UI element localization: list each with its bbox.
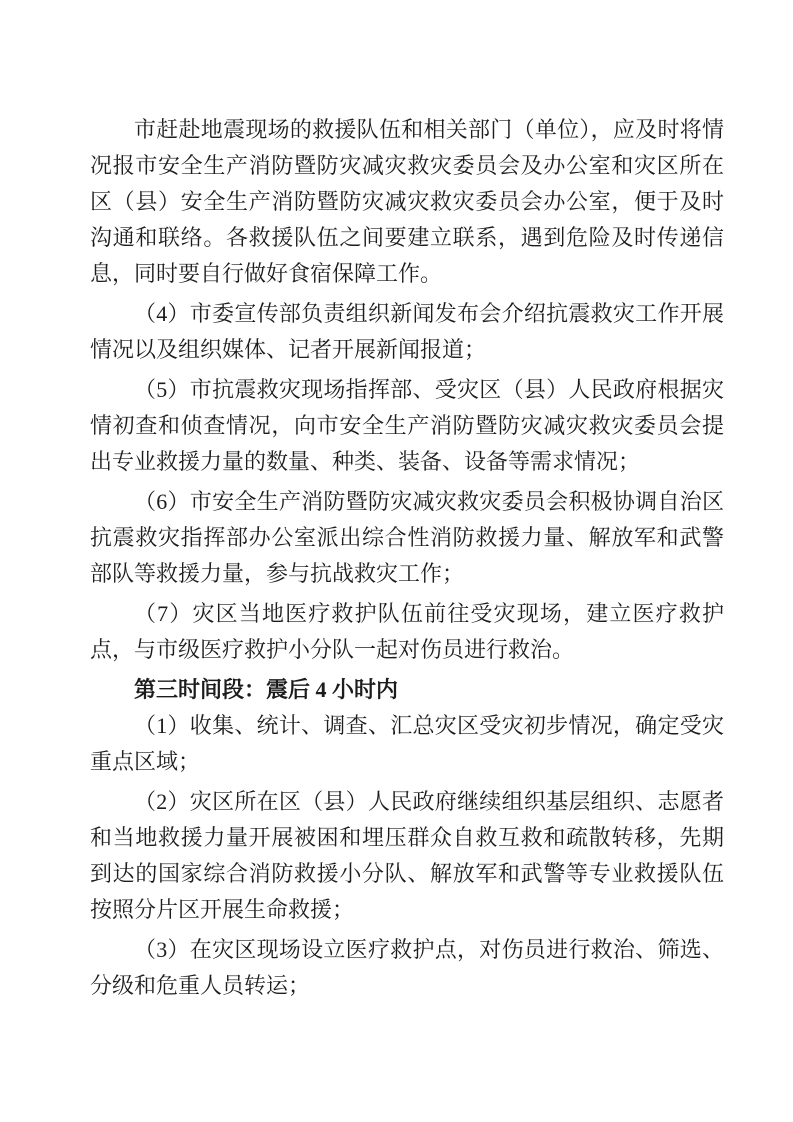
paragraph: （4）市委宣传部负责组织新闻发布会介绍抗震救灾工作开展情况以及组织媒体、记者开展… [90, 296, 724, 368]
paragraph: （2）灾区所在区（县）人民政府继续组织基层组织、志愿者和当地救援力量开展被困和埋… [90, 784, 724, 928]
paragraph: （6）市安全生产消防暨防灾减灾救灾委员会积极协调自治区抗震救灾指挥部办公室派出综… [90, 484, 724, 592]
paragraph: 市赶赴地震现场的救援队伍和相关部门（单位），应及时将情况报市安全生产消防暨防灾减… [90, 112, 724, 292]
paragraph: （3）在灾区现场设立医疗救护点，对伤员进行救治、筛选、分级和危重人员转运； [90, 932, 724, 1004]
paragraph: （7）灾区当地医疗救护队伍前往受灾现场，建立医疗救护点，与市级医疗救护小分队一起… [90, 596, 724, 668]
paragraph: （1）收集、统计、调查、汇总灾区受灾初步情况，确定受灾重点区域； [90, 708, 724, 780]
section-heading: 第三时间段：震后 4 小时内 [90, 672, 724, 708]
paragraph: （5）市抗震救灾现场指挥部、受灾区（县）人民政府根据灾情初查和侦查情况，向市安全… [90, 372, 724, 480]
document-page: 市赶赴地震现场的救援队伍和相关部门（单位），应及时将情况报市安全生产消防暨防灾减… [0, 0, 793, 1122]
